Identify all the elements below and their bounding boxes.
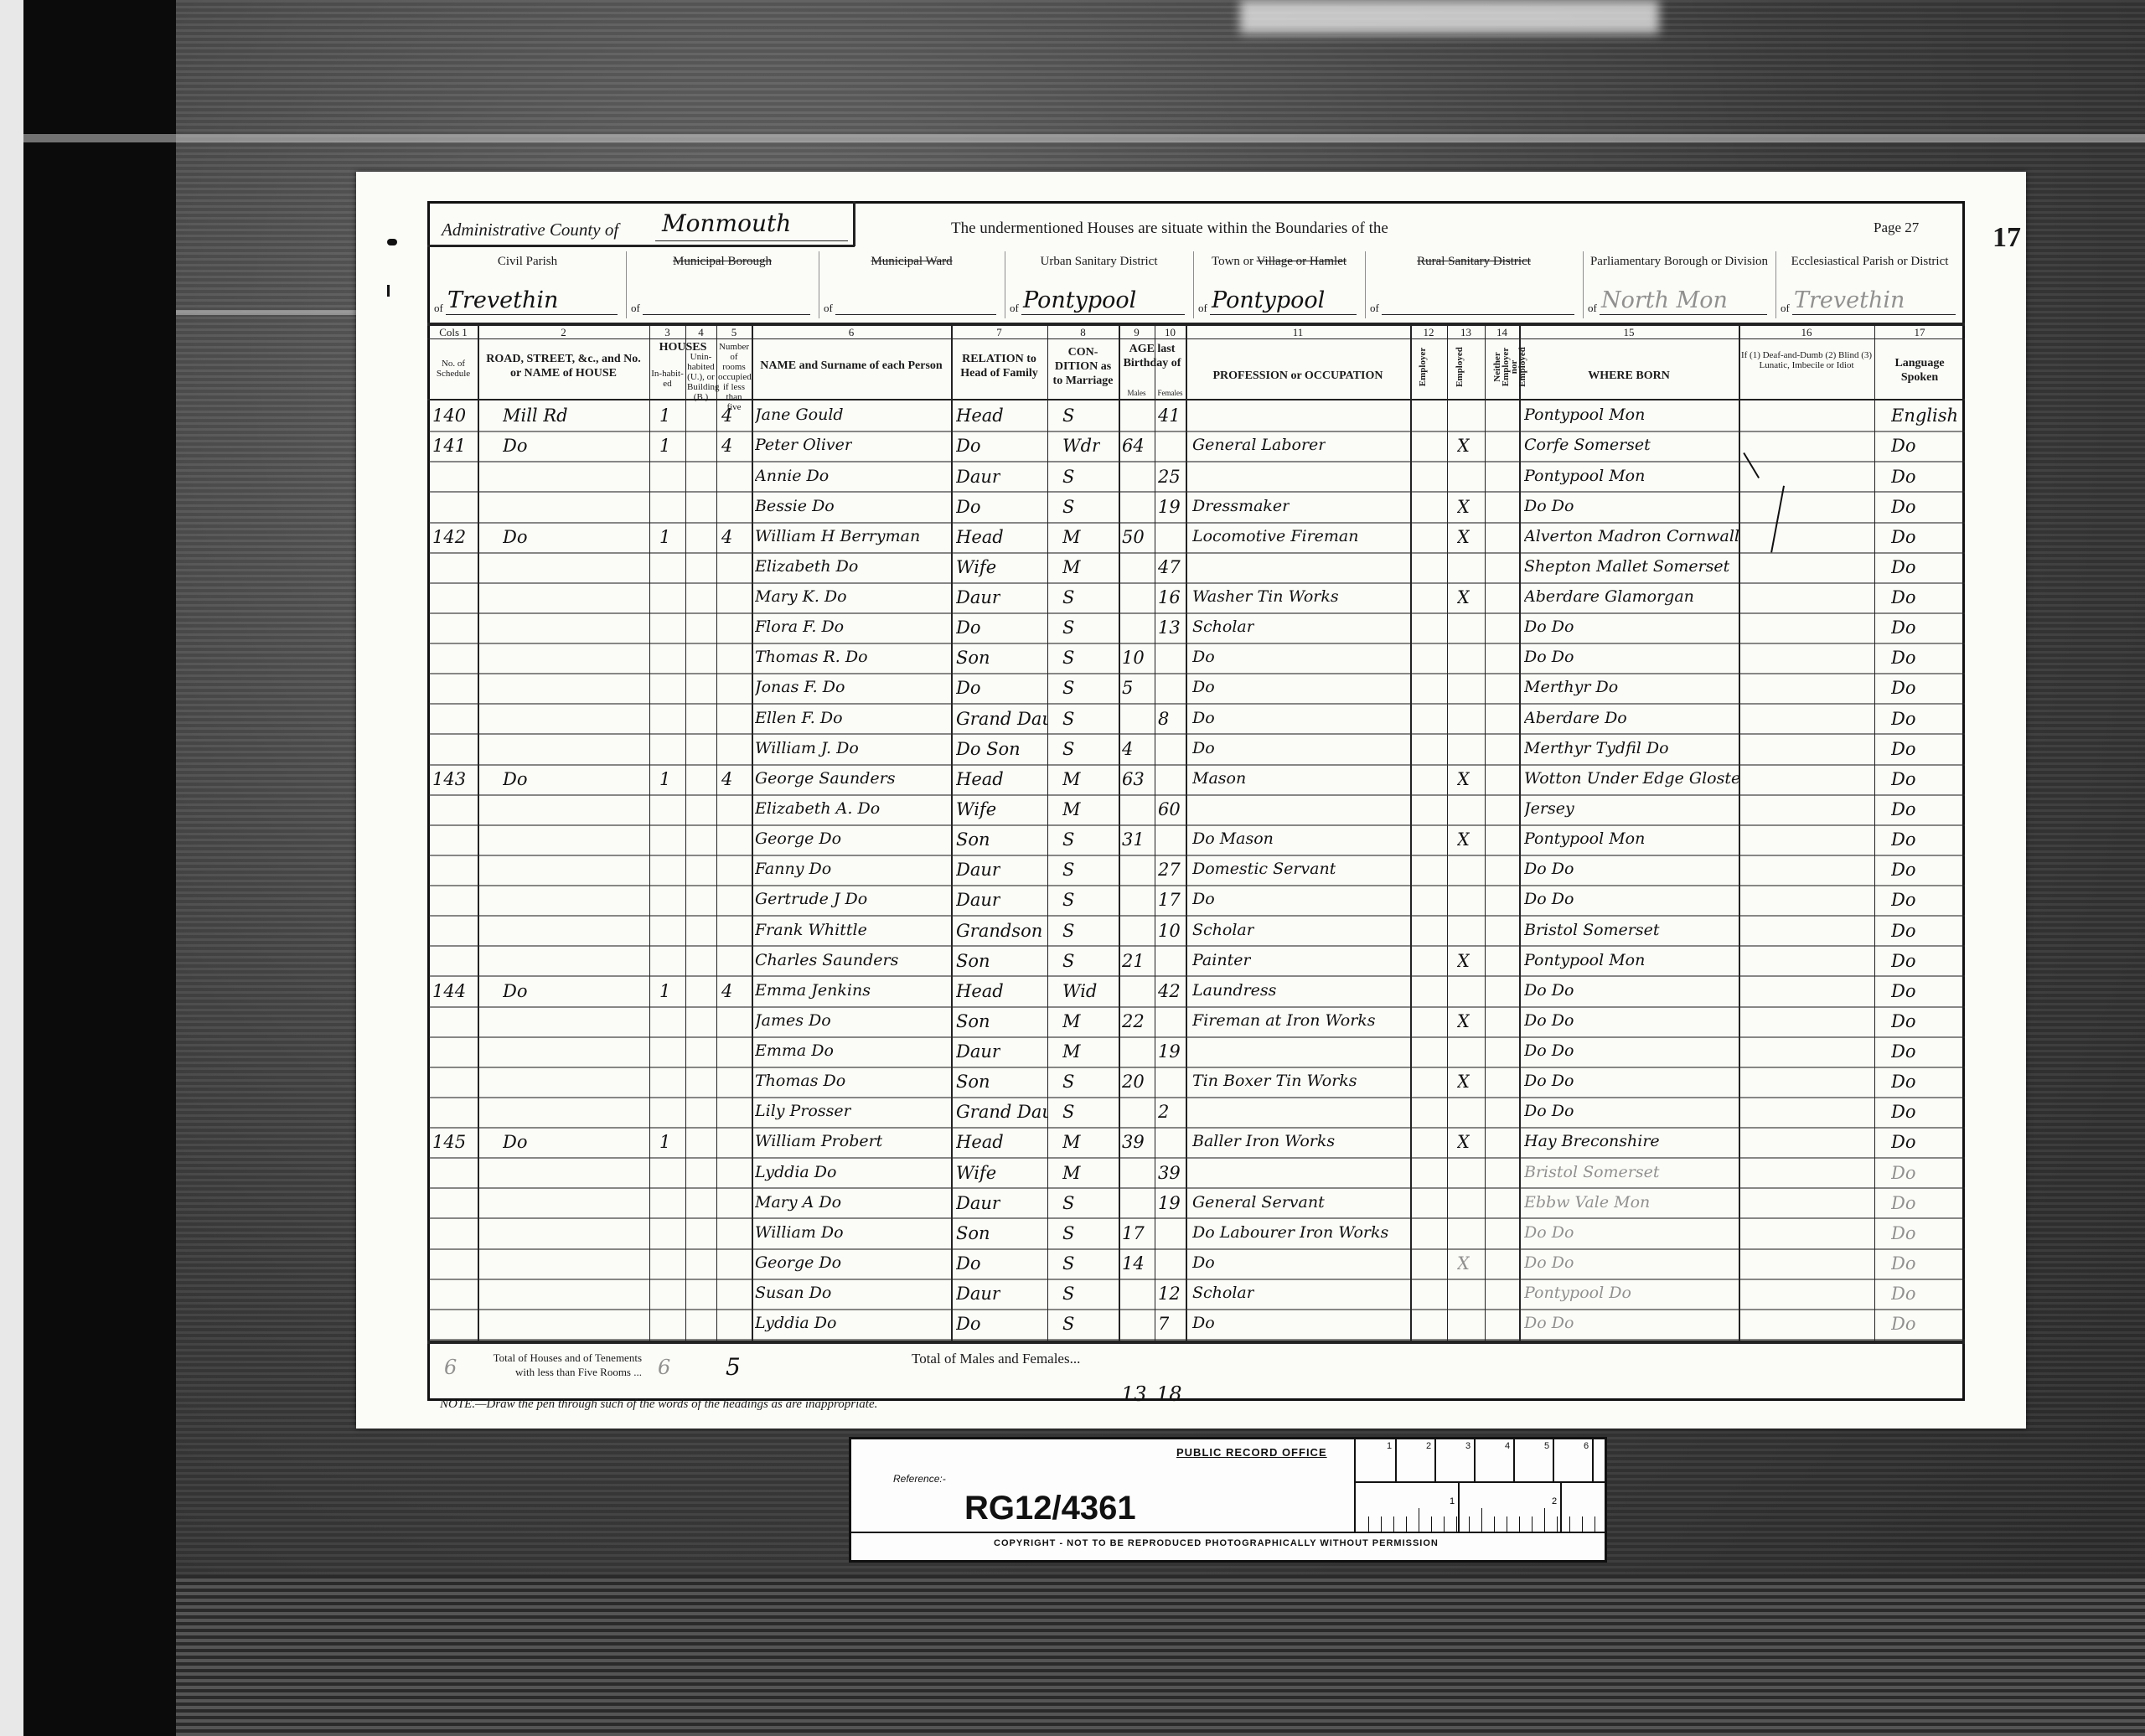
cell-relation: Wife — [956, 1163, 996, 1183]
cell-relation: Son — [956, 829, 990, 850]
ruler-label: 4 — [1505, 1441, 1510, 1451]
divider — [427, 245, 855, 247]
ruler-tick — [1557, 1516, 1558, 1532]
cell-schedule: 141 — [432, 436, 466, 456]
row-divider — [429, 491, 1965, 493]
cell-female-age: 47 — [1158, 557, 1181, 577]
field-label: Town or Village or Hamlet — [1193, 255, 1365, 269]
column-number: 3 — [649, 326, 685, 339]
underline — [1210, 314, 1357, 315]
cell-name: Charles Saunders — [755, 951, 898, 969]
cell-female-age: 19 — [1158, 497, 1181, 517]
cell-condition: S — [1062, 678, 1074, 698]
cell-language: Do — [1891, 617, 1915, 638]
cell-condition: S — [1062, 1253, 1074, 1274]
column-heading: Males — [1119, 388, 1155, 398]
row-divider — [429, 885, 1965, 886]
column-number: 8 — [1047, 326, 1119, 339]
cell-name: Lily Prosser — [755, 1102, 851, 1120]
cell-relation: Daur — [956, 860, 1000, 880]
cell-where-born: Bristol Somerset — [1524, 921, 1660, 939]
cell-language: Do — [1891, 1041, 1915, 1062]
cell-name: Emma Do — [755, 1041, 834, 1060]
column-heading: RELATION to Head of Family — [953, 352, 1046, 380]
cell-schedule: 140 — [432, 406, 466, 426]
cell-employed: X — [1457, 829, 1470, 850]
cell-road: Mill Rd — [503, 406, 568, 426]
cell-relation: Do — [956, 1314, 980, 1334]
reference-number: RG12/4361 — [964, 1490, 1136, 1527]
column-heading: Unin-habited (U.), or Building (B.) — [687, 352, 715, 402]
cell-male-age: 63 — [1122, 769, 1145, 789]
column-heading: No. of Schedule — [431, 359, 476, 379]
column-number: 7 — [951, 326, 1047, 339]
ruler-tick — [1458, 1483, 1460, 1532]
cell-relation: Wife — [956, 799, 996, 819]
cell-relation: Head — [956, 527, 1004, 547]
column-heading: ROAD, STREET, &c., and No. or NAME of HO… — [479, 352, 648, 380]
cell-where-born: Corfe Somerset — [1524, 436, 1651, 454]
cell-where-born: Alverton Madron Cornwall — [1524, 527, 1739, 545]
cell-male-age: 20 — [1122, 1072, 1145, 1092]
ruler-tick — [1507, 1516, 1507, 1532]
divider — [851, 1532, 1605, 1533]
cell-name: George Saunders — [755, 769, 895, 788]
cell-language: English — [1891, 406, 1958, 426]
boundaries-text: The undermentioned Houses are situate wi… — [951, 220, 1388, 238]
column-heading: PROFESSION or OCCUPATION — [1187, 369, 1408, 383]
cell-employed: X — [1457, 1072, 1470, 1092]
field-prefix: of — [1198, 302, 1207, 315]
cell-female-age: 39 — [1158, 1163, 1181, 1183]
cell-employed: X — [1457, 497, 1470, 517]
scale-ruler: 12345612 — [1354, 1439, 1607, 1532]
row-divider — [429, 1067, 1965, 1068]
cell-name: Flora F. Do — [755, 617, 844, 636]
ruler-tick — [1519, 1516, 1520, 1532]
cell-where-born: Bristol Somerset — [1524, 1163, 1660, 1181]
column-heading: CON-DITION as to Marriage — [1049, 345, 1117, 388]
cell-road: Do — [503, 981, 527, 1001]
office-name: PUBLIC RECORD OFFICE — [1176, 1446, 1327, 1459]
ruler-tick — [1532, 1516, 1533, 1532]
row-divider — [429, 945, 1965, 947]
cell-name: George Do — [755, 829, 841, 848]
cell-rooms: 4 — [721, 436, 732, 456]
cell-rooms: 4 — [721, 981, 732, 1001]
ruler-label: 3 — [1465, 1441, 1470, 1451]
cell-where-born: Pontypool Do — [1524, 1284, 1631, 1302]
persons-total-label: Total of Males and Females... — [912, 1351, 1080, 1367]
cell-name: Frank Whittle — [755, 921, 867, 939]
cell-name: William H Berryman — [755, 527, 920, 545]
cell-relation: Son — [956, 1011, 990, 1031]
cell-employed: X — [1457, 1011, 1470, 1031]
cell-where-born: Do Do — [1524, 1253, 1574, 1272]
cell-male-age: 22 — [1122, 1011, 1145, 1031]
copyright-notice: COPYRIGHT - NOT TO BE REPRODUCED PHOTOGR… — [994, 1538, 1439, 1548]
cell-relation: Grandson — [956, 921, 1042, 941]
field-prefix: of — [1010, 302, 1019, 315]
cell-female-age: 41 — [1158, 406, 1181, 426]
row-divider — [429, 431, 1965, 432]
cell-occupation: General Servant — [1192, 1193, 1325, 1212]
row-divider — [429, 855, 1965, 856]
cell-language: Do — [1891, 497, 1915, 517]
row-divider — [429, 975, 1965, 977]
underline — [1021, 314, 1185, 315]
cell-where-born: Pontypool Mon — [1524, 951, 1645, 969]
cell-relation: Do — [956, 617, 980, 638]
females-total: 18 — [1156, 1382, 1182, 1406]
field-prefix: of — [824, 302, 833, 315]
cell-occupation: Fireman at Iron Works — [1192, 1011, 1376, 1030]
cell-condition: S — [1062, 587, 1074, 607]
ruler-label: 6 — [1584, 1441, 1589, 1451]
cell-language: Do — [1891, 1011, 1915, 1031]
cell-condition: S — [1062, 1193, 1074, 1213]
row-divider — [429, 824, 1965, 826]
field-value: Trevethin — [447, 287, 558, 313]
row-divider — [429, 673, 1965, 674]
cell-female-age: 7 — [1158, 1314, 1169, 1334]
scan-bottom-texture — [176, 1575, 2145, 1736]
cell-name: Jonas F. Do — [755, 678, 845, 696]
cell-language: Do — [1891, 951, 1915, 971]
cell-language: Do — [1891, 981, 1915, 1001]
cell-where-born: Pontypool Mon — [1524, 467, 1645, 485]
cell-inhabited: 1 — [659, 1132, 670, 1152]
houses-total: 6 — [444, 1356, 457, 1379]
cell-employed: X — [1457, 527, 1470, 547]
underline — [1792, 314, 1956, 315]
column-heading: WHERE BORN — [1521, 369, 1737, 383]
cell-where-born: Merthyr Tydfil Do — [1524, 739, 1669, 757]
cell-occupation: Do Labourer Iron Works — [1192, 1223, 1388, 1242]
column-heading: If (1) Deaf-and-Dumb (2) Blind (3) Lunat… — [1740, 350, 1873, 370]
scan-glare — [1240, 0, 1659, 34]
cell-condition: S — [1062, 617, 1074, 638]
field-value: North Mon — [1601, 287, 1728, 313]
cell-name: Ellen F. Do — [755, 709, 843, 727]
ruler-tick — [1481, 1508, 1482, 1532]
column-number: 2 — [478, 326, 649, 339]
cell-occupation: Baller Iron Works — [1192, 1132, 1335, 1150]
cell-female-age: 10 — [1158, 921, 1181, 941]
ruler-tick — [1560, 1483, 1562, 1532]
county-label: Administrative County of — [442, 220, 618, 240]
ruler-label: 1 — [1387, 1441, 1392, 1451]
cell-relation: Son — [956, 1223, 990, 1243]
field-value: Pontypool — [1212, 287, 1325, 313]
cell-language: Do — [1891, 799, 1915, 819]
cell-language: Do — [1891, 921, 1915, 941]
field-value: Pontypool — [1023, 287, 1136, 313]
cell-name: Jane Gould — [755, 406, 844, 424]
cell-occupation: Locomotive Fireman — [1192, 527, 1359, 545]
ruler-tick — [1368, 1516, 1369, 1532]
ruler-tick — [1553, 1439, 1554, 1481]
cell-name: Fanny Do — [755, 860, 831, 878]
row-divider — [429, 703, 1965, 705]
cell-language: Do — [1891, 1193, 1915, 1213]
cell-where-born: Do Do — [1524, 1011, 1574, 1030]
row-divider — [429, 522, 1965, 524]
county-value: Monmouth — [662, 209, 791, 237]
cell-occupation: Washer Tin Works — [1192, 587, 1339, 606]
cell-where-born: Hay Breconshire — [1524, 1132, 1660, 1150]
cell-relation: Do — [956, 678, 980, 698]
column-number: 5 — [716, 326, 752, 339]
cell-relation: Daur — [956, 1041, 1000, 1062]
row-divider — [429, 1097, 1965, 1098]
ruler-tick — [1395, 1439, 1397, 1481]
underline — [835, 314, 996, 315]
cell-relation: Head — [956, 406, 1004, 426]
cell-occupation: Tin Boxer Tin Works — [1192, 1072, 1357, 1090]
cell-condition: S — [1062, 1223, 1074, 1243]
rooms-total: 5 — [726, 1353, 741, 1381]
cell-where-born: Ebbw Vale Mon — [1524, 1193, 1650, 1212]
field-label: Municipal Borough — [626, 255, 819, 269]
cell-where-born: Wotton Under Edge Gloster — [1524, 769, 1739, 788]
row-divider — [429, 1187, 1965, 1189]
cell-occupation: Scholar — [1192, 921, 1254, 939]
cell-schedule: 142 — [432, 527, 466, 547]
cell-relation: Daur — [956, 467, 1000, 487]
row-divider — [429, 582, 1965, 584]
cell-language: Do — [1891, 1102, 1915, 1122]
field-prefix: of — [1588, 302, 1597, 315]
field-label: Civil Parish — [429, 255, 626, 269]
reference-label: PUBLIC RECORD OFFICE Reference:- RG12/43… — [849, 1437, 1607, 1563]
cell-language: Do — [1891, 739, 1915, 759]
cell-road: Do — [503, 1132, 527, 1152]
cell-relation: Do — [956, 1253, 980, 1274]
divider — [1356, 1481, 1607, 1483]
ruler-label: 1 — [1450, 1496, 1455, 1506]
cell-name: Gertrude J Do — [755, 890, 867, 908]
cell-condition: S — [1062, 951, 1074, 971]
divider — [427, 399, 1965, 400]
cell-language: Do — [1891, 769, 1915, 789]
cell-language: Do — [1891, 829, 1915, 850]
page-number: Page 27 — [1874, 220, 1919, 236]
cell-occupation: Do — [1192, 648, 1215, 666]
cell-where-born: Shepton Mallet Somerset — [1524, 557, 1729, 576]
field-prefix: of — [434, 302, 443, 315]
ruler-tick — [1474, 1439, 1476, 1481]
cell-language: Do — [1891, 648, 1915, 668]
cell-relation: Head — [956, 1132, 1004, 1152]
cell-condition: S — [1062, 467, 1074, 487]
ruler-tick — [1381, 1516, 1382, 1532]
cell-name: Lyddia Do — [755, 1314, 836, 1332]
cell-schedule: 145 — [432, 1132, 466, 1152]
cell-occupation: Do — [1192, 890, 1215, 908]
cell-male-age: 39 — [1122, 1132, 1145, 1152]
cell-condition: M — [1062, 1163, 1081, 1183]
row-divider — [429, 794, 1965, 796]
row-divider — [429, 643, 1965, 644]
cell-language: Do — [1891, 1223, 1915, 1243]
cell-where-born: Do Do — [1524, 1102, 1574, 1120]
cell-female-age: 8 — [1158, 709, 1169, 729]
cell-condition: Wid — [1062, 981, 1097, 1001]
row-divider — [429, 764, 1965, 766]
cell-relation: Do — [956, 436, 980, 456]
underline — [1382, 314, 1574, 315]
cell-where-born: Do Do — [1524, 1041, 1574, 1060]
column-heading: Neither Employer nor Employed — [1493, 340, 1527, 394]
cell-language: Do — [1891, 1314, 1915, 1334]
cell-female-age: 16 — [1158, 587, 1181, 607]
cell-where-born: Do Do — [1524, 497, 1574, 515]
cell-condition: S — [1062, 1314, 1074, 1334]
cell-male-age: 10 — [1122, 648, 1145, 668]
punch-mark — [387, 285, 390, 297]
ruler-tick — [1431, 1516, 1432, 1532]
cell-employed: X — [1457, 436, 1470, 456]
cell-where-born: Do Do — [1524, 617, 1574, 636]
cell-where-born: Aberdare Do — [1524, 709, 1627, 727]
cell-condition: S — [1062, 1284, 1074, 1304]
cell-inhabited: 1 — [659, 436, 670, 456]
cell-language: Do — [1891, 709, 1915, 729]
cell-occupation: Scholar — [1192, 1284, 1254, 1302]
cell-schedule: 143 — [432, 769, 466, 789]
ruler-label: 2 — [1552, 1496, 1557, 1506]
cell-rooms: 4 — [721, 769, 732, 789]
cell-condition: S — [1062, 497, 1074, 517]
cell-where-born: Aberdare Glamorgan — [1524, 587, 1694, 606]
cell-condition: S — [1062, 921, 1074, 941]
cell-where-born: Merthyr Do — [1524, 678, 1618, 696]
row-divider — [429, 1157, 1965, 1159]
cell-condition: S — [1062, 829, 1074, 850]
cell-occupation: Do — [1192, 678, 1215, 696]
underline — [1600, 314, 1767, 315]
ruler-tick — [1569, 1516, 1570, 1532]
cell-employed: X — [1457, 951, 1470, 971]
cell-road: Do — [503, 436, 527, 456]
cell-male-age: 14 — [1122, 1253, 1145, 1274]
cell-language: Do — [1891, 436, 1915, 456]
cell-name: George Do — [755, 1253, 841, 1272]
row-divider — [429, 552, 1965, 554]
reference-prefix: Reference:- — [893, 1473, 946, 1485]
cell-condition: Wdr — [1062, 436, 1100, 456]
cell-occupation: Dressmaker — [1192, 497, 1290, 515]
cell-relation: Do Son — [956, 739, 1021, 759]
cell-rooms: 4 — [721, 527, 732, 547]
column-number: 14 — [1485, 326, 1519, 339]
column-heading: Employed — [1455, 340, 1464, 394]
ruler-label: 5 — [1544, 1441, 1549, 1451]
cell-language: Do — [1891, 467, 1915, 487]
ruler-tick — [1595, 1516, 1595, 1532]
cell-language: Do — [1891, 527, 1915, 547]
cell-where-born: Do Do — [1524, 981, 1574, 1000]
ruler-label: 2 — [1426, 1441, 1431, 1451]
cell-condition: S — [1062, 406, 1074, 426]
cell-language: Do — [1891, 1253, 1915, 1274]
row-divider — [429, 915, 1965, 917]
cell-name: Susan Do — [755, 1284, 831, 1302]
cell-occupation: Mason — [1192, 769, 1246, 788]
field-prefix: of — [1370, 302, 1379, 315]
cell-language: Do — [1891, 557, 1915, 577]
cell-condition: S — [1062, 860, 1074, 880]
scan-edge — [0, 0, 23, 1736]
cell-occupation: General Laborer — [1192, 436, 1326, 454]
cell-schedule: 144 — [432, 981, 466, 1001]
cell-where-born: Do Do — [1524, 890, 1574, 908]
cell-language: Do — [1891, 860, 1915, 880]
ruler-tick — [1582, 1516, 1583, 1532]
cell-female-age: 12 — [1158, 1284, 1181, 1304]
column-heading: NAME and Surname of each Person — [753, 359, 949, 373]
column-number: 10 — [1155, 326, 1186, 339]
column-number: 6 — [752, 326, 951, 339]
column-heading: HOUSES — [649, 340, 716, 354]
field-label: Parliamentary Borough or Division — [1583, 255, 1775, 269]
cell-employed: X — [1457, 1253, 1470, 1274]
scan-border — [23, 0, 176, 1736]
cell-relation: Daur — [956, 890, 1000, 910]
cell-name: James Do — [755, 1011, 831, 1030]
row-divider — [429, 461, 1965, 462]
cell-female-age: 27 — [1158, 860, 1181, 880]
row-divider — [429, 1006, 1965, 1008]
cell-name: Peter Oliver — [755, 436, 852, 454]
cell-male-age: 21 — [1122, 951, 1145, 971]
column-heading: AGE last Birthday of — [1119, 342, 1186, 370]
cell-name: Annie Do — [755, 467, 829, 485]
ruler-tick — [1469, 1516, 1470, 1532]
column-number: 13 — [1447, 326, 1485, 339]
column-number: Cols 1 — [429, 326, 478, 339]
cell-language: Do — [1891, 1072, 1915, 1092]
cell-condition: M — [1062, 557, 1081, 577]
cell-condition: S — [1062, 709, 1074, 729]
cell-occupation: Do — [1192, 709, 1215, 727]
field-label: Urban Sanitary District — [1005, 255, 1193, 269]
cell-inhabited: 1 — [659, 406, 670, 426]
column-heading: Number of rooms occupied if less than fi… — [718, 342, 750, 412]
folio-number: 17 — [1993, 222, 2021, 254]
cell-occupation: Painter — [1192, 951, 1251, 969]
punch-mark — [387, 239, 397, 245]
cell-where-born: Do Do — [1524, 1314, 1574, 1332]
cell-name: William Do — [755, 1223, 844, 1242]
cell-relation: Do — [956, 497, 980, 517]
cell-employed: X — [1457, 769, 1470, 789]
underline — [655, 240, 848, 241]
column-number: 16 — [1739, 326, 1874, 339]
cell-language: Do — [1891, 1163, 1915, 1183]
underline — [643, 314, 810, 315]
cell-employed: X — [1457, 587, 1470, 607]
cell-inhabited: 1 — [659, 527, 670, 547]
cell-where-born: Do Do — [1524, 1072, 1574, 1090]
column-heading: In-habit-ed — [651, 369, 684, 389]
cell-condition: S — [1062, 1102, 1074, 1122]
divider — [427, 1341, 1965, 1344]
row-divider — [429, 1309, 1965, 1310]
ruler-tick — [1444, 1516, 1445, 1532]
cell-female-age: 42 — [1158, 981, 1181, 1001]
